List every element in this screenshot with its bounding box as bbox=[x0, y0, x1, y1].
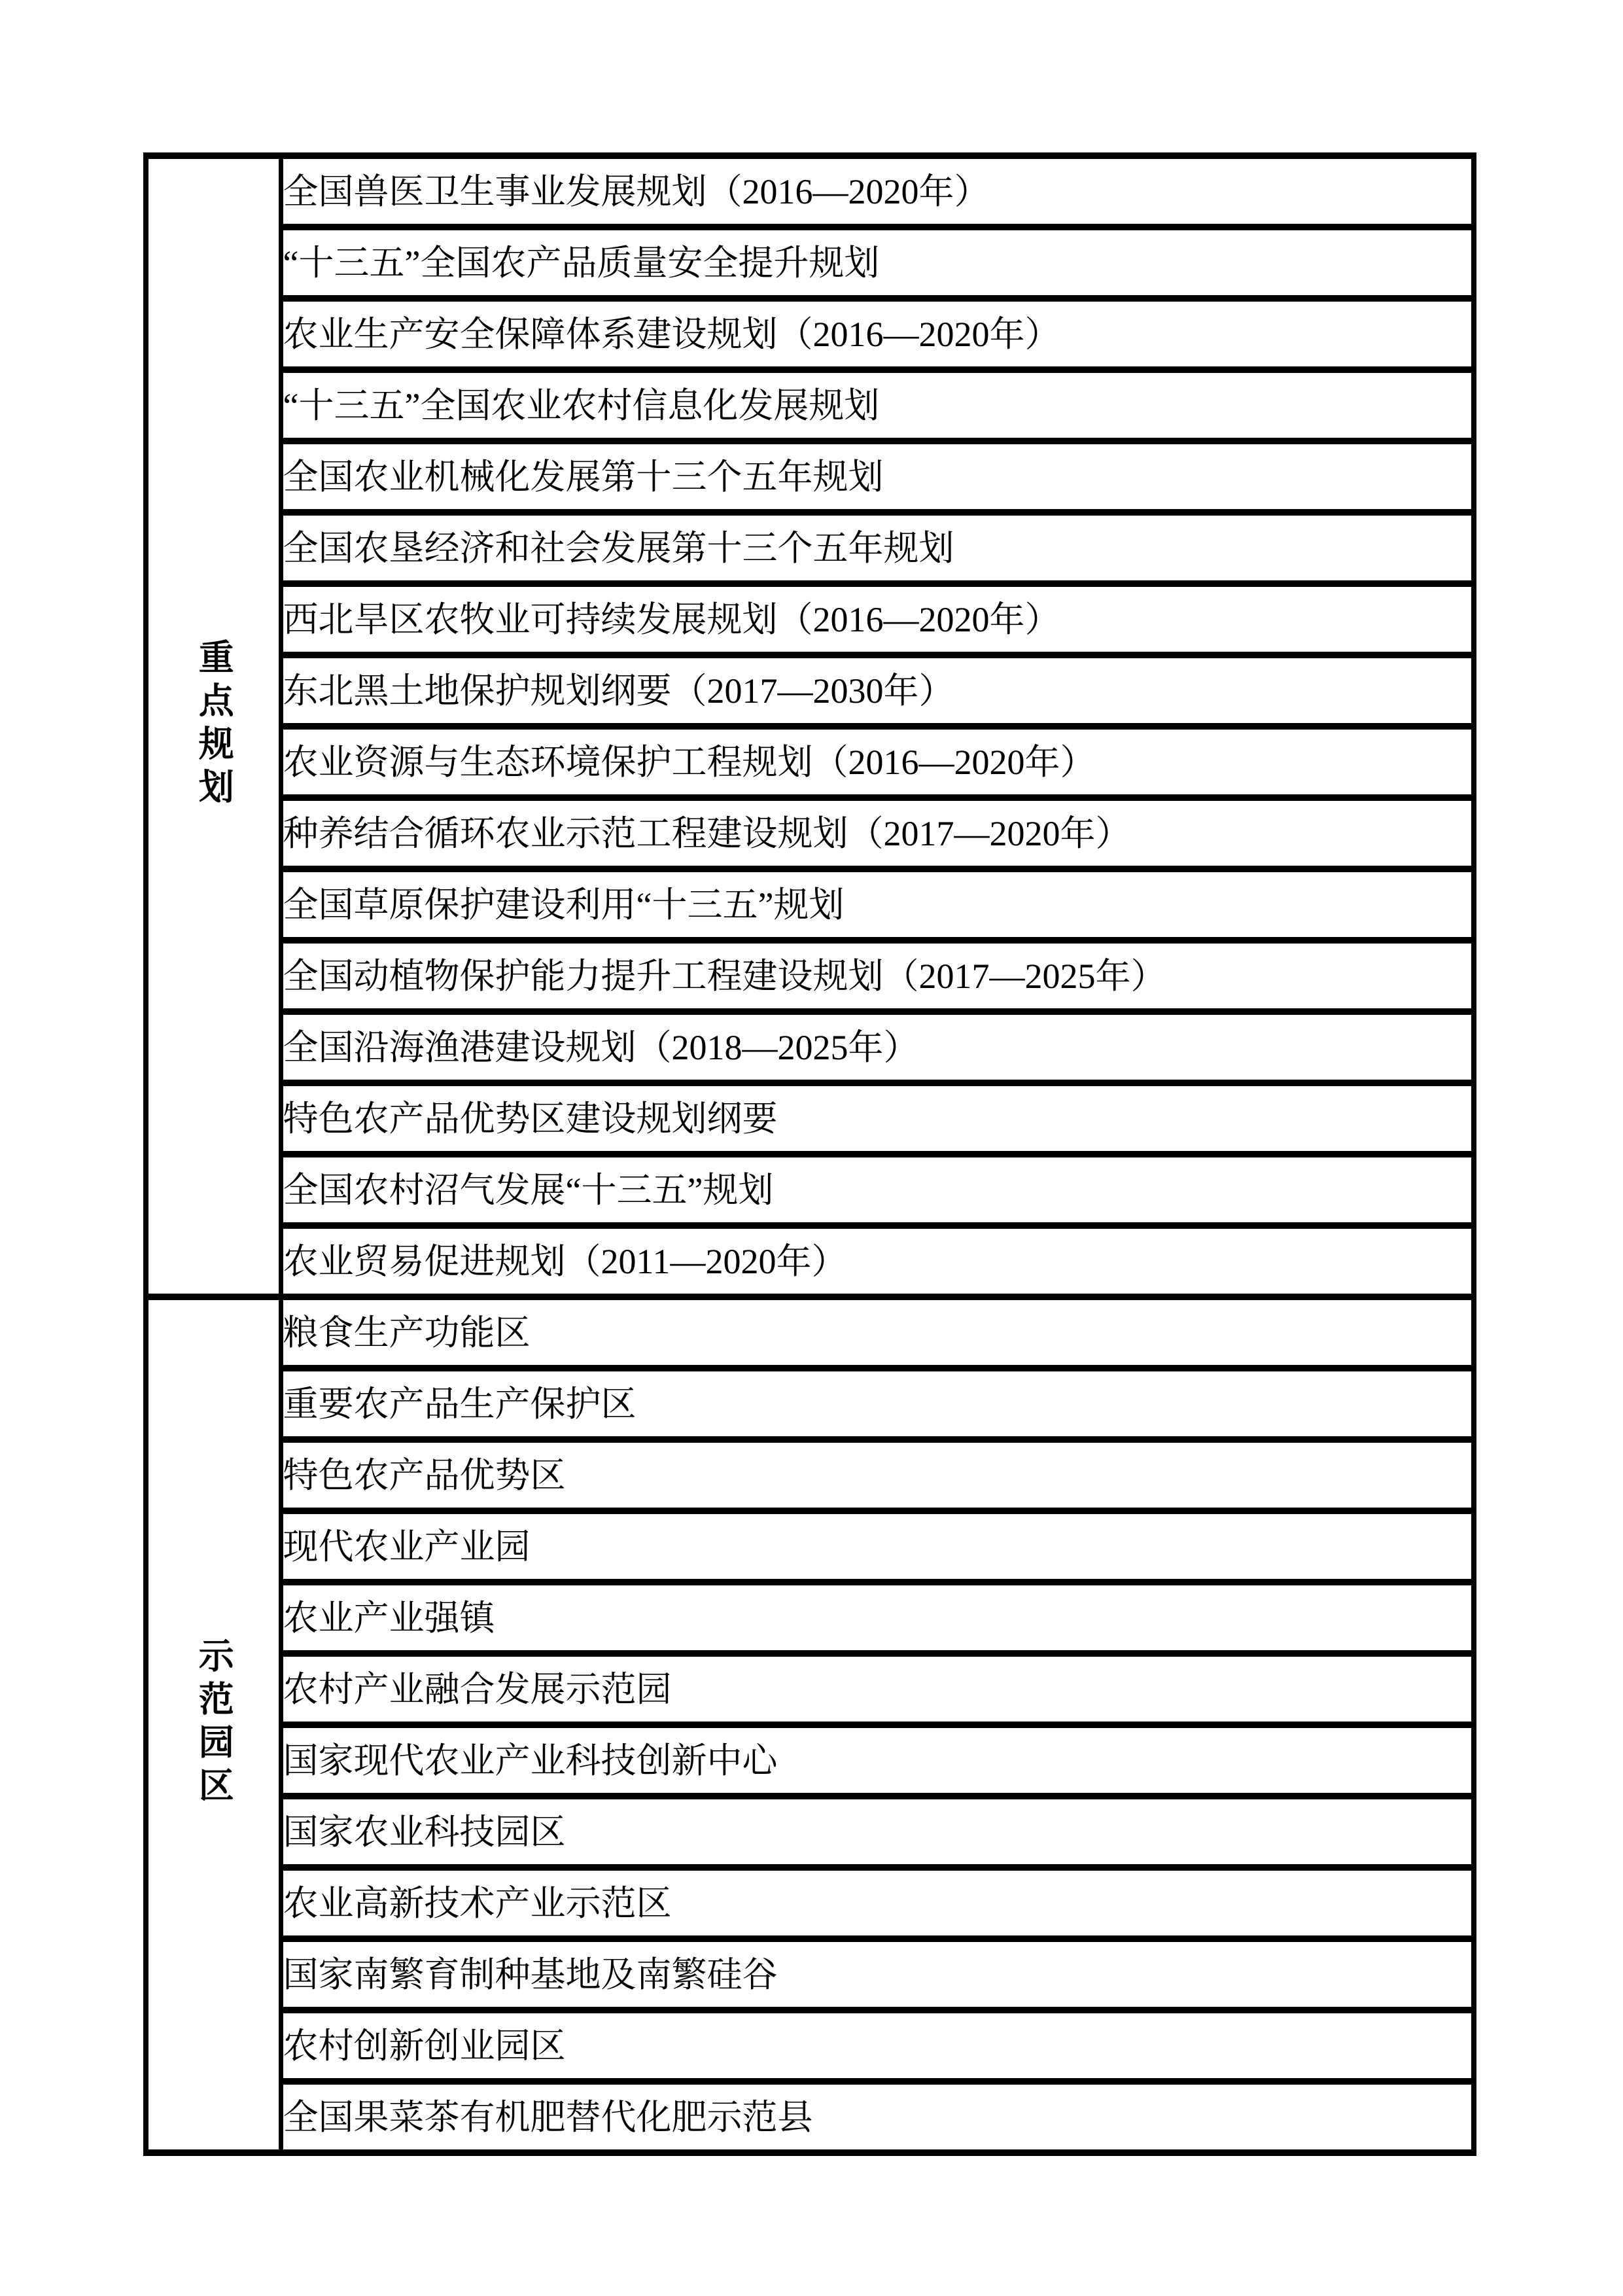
table-row: 示范园区 粮食生产功能区 bbox=[146, 1297, 1474, 1368]
plans-table: 重点规划 全国兽医卫生事业发展规划（2016—2020年） “十三五”全国农产品… bbox=[143, 152, 1476, 2156]
table-row: 农业高新技术产业示范区 bbox=[146, 1867, 1474, 1939]
table-row: 种养结合循环农业示范工程建设规划（2017—2020年） bbox=[146, 798, 1474, 869]
section-label-demo-zones: 示范园区 bbox=[146, 1297, 281, 2153]
table-row: 国家农业科技园区 bbox=[146, 1796, 1474, 1867]
table-row: 农业产业强镇 bbox=[146, 1582, 1474, 1653]
table-row: 国家现代农业产业科技创新中心 bbox=[146, 1725, 1474, 1796]
table-row: 全国农垦经济和社会发展第十三个五年规划 bbox=[146, 512, 1474, 584]
plan-item-text: 农业资源与生态环境保护工程规划（2016—2020年） bbox=[281, 726, 1474, 798]
table-row: “十三五”全国农业农村信息化发展规划 bbox=[146, 370, 1474, 441]
plan-item-text: 粮食生产功能区 bbox=[281, 1297, 1474, 1368]
table-row: 重点规划 全国兽医卫生事业发展规划（2016—2020年） bbox=[146, 156, 1474, 227]
plan-item-text: 农村创新创业园区 bbox=[281, 2010, 1474, 2081]
table-row: 特色农产品优势区建设规划纲要 bbox=[146, 1083, 1474, 1154]
plan-item-text: 特色农产品优势区建设规划纲要 bbox=[281, 1083, 1474, 1154]
table-row: 全国农业机械化发展第十三个五年规划 bbox=[146, 441, 1474, 512]
plan-item-text: 农业产业强镇 bbox=[281, 1582, 1474, 1653]
plan-item-text: “十三五”全国农产品质量安全提升规划 bbox=[281, 227, 1474, 298]
section-label-key-plans: 重点规划 bbox=[146, 156, 281, 1297]
plan-item-text: 全国农垦经济和社会发展第十三个五年规划 bbox=[281, 512, 1474, 584]
table-row: 农村产业融合发展示范园 bbox=[146, 1653, 1474, 1725]
table-row: “十三五”全国农产品质量安全提升规划 bbox=[146, 227, 1474, 298]
plan-item-text: 农业高新技术产业示范区 bbox=[281, 1867, 1474, 1939]
section-demo-zones: 示范园区 粮食生产功能区 重要农产品生产保护区 特色农产品优势区 现代农业产业园… bbox=[146, 1297, 1474, 2153]
plan-item-text: 农业贸易促进规划（2011—2020年） bbox=[281, 1226, 1474, 1297]
table-row: 全国草原保护建设利用“十三五”规划 bbox=[146, 869, 1474, 940]
plan-item-text: 全国动植物保护能力提升工程建设规划（2017—2025年） bbox=[281, 940, 1474, 1012]
table-row: 农业资源与生态环境保护工程规划（2016—2020年） bbox=[146, 726, 1474, 798]
plan-item-text: 种养结合循环农业示范工程建设规划（2017—2020年） bbox=[281, 798, 1474, 869]
plan-item-text: 国家南繁育制种基地及南繁硅谷 bbox=[281, 1939, 1474, 2010]
plan-item-text: 农村产业融合发展示范园 bbox=[281, 1653, 1474, 1725]
table-row: 特色农产品优势区 bbox=[146, 1439, 1474, 1511]
plan-item-text: 特色农产品优势区 bbox=[281, 1439, 1474, 1511]
table-row: 全国农村沼气发展“十三五”规划 bbox=[146, 1154, 1474, 1226]
table-row: 全国动植物保护能力提升工程建设规划（2017—2025年） bbox=[146, 940, 1474, 1012]
plan-item-text: 现代农业产业园 bbox=[281, 1511, 1474, 1582]
document-page: 重点规划 全国兽医卫生事业发展规划（2016—2020年） “十三五”全国农产品… bbox=[0, 0, 1623, 2296]
plan-item-text: 全国兽医卫生事业发展规划（2016—2020年） bbox=[281, 156, 1474, 227]
plan-item-text: 全国果菜茶有机肥替代化肥示范县 bbox=[281, 2081, 1474, 2153]
table-row: 国家南繁育制种基地及南繁硅谷 bbox=[146, 1939, 1474, 2010]
table-row: 全国果菜茶有机肥替代化肥示范县 bbox=[146, 2081, 1474, 2153]
table-row: 农业贸易促进规划（2011—2020年） bbox=[146, 1226, 1474, 1297]
section-key-plans: 重点规划 全国兽医卫生事业发展规划（2016—2020年） “十三五”全国农产品… bbox=[146, 156, 1474, 1297]
section-label-text: 示范园区 bbox=[196, 1637, 231, 1810]
table-row: 全国沿海渔港建设规划（2018—2025年） bbox=[146, 1012, 1474, 1083]
plan-item-text: 全国农村沼气发展“十三五”规划 bbox=[281, 1154, 1474, 1226]
section-label-text: 重点规划 bbox=[196, 639, 231, 811]
plan-item-text: “十三五”全国农业农村信息化发展规划 bbox=[281, 370, 1474, 441]
table-row: 重要农产品生产保护区 bbox=[146, 1368, 1474, 1439]
plan-item-text: 国家农业科技园区 bbox=[281, 1796, 1474, 1867]
table-row: 西北旱区农牧业可持续发展规划（2016—2020年） bbox=[146, 584, 1474, 655]
plan-item-text: 西北旱区农牧业可持续发展规划（2016—2020年） bbox=[281, 584, 1474, 655]
plan-item-text: 东北黑土地保护规划纲要（2017—2030年） bbox=[281, 655, 1474, 726]
plan-item-text: 重要农产品生产保护区 bbox=[281, 1368, 1474, 1439]
plan-item-text: 国家现代农业产业科技创新中心 bbox=[281, 1725, 1474, 1796]
table-row: 东北黑土地保护规划纲要（2017—2030年） bbox=[146, 655, 1474, 726]
plan-item-text: 全国沿海渔港建设规划（2018—2025年） bbox=[281, 1012, 1474, 1083]
plan-item-text: 全国农业机械化发展第十三个五年规划 bbox=[281, 441, 1474, 512]
table-row: 农村创新创业园区 bbox=[146, 2010, 1474, 2081]
table-row: 农业生产安全保障体系建设规划（2016—2020年） bbox=[146, 298, 1474, 370]
plan-item-text: 农业生产安全保障体系建设规划（2016—2020年） bbox=[281, 298, 1474, 370]
table-row: 现代农业产业园 bbox=[146, 1511, 1474, 1582]
plan-item-text: 全国草原保护建设利用“十三五”规划 bbox=[281, 869, 1474, 940]
